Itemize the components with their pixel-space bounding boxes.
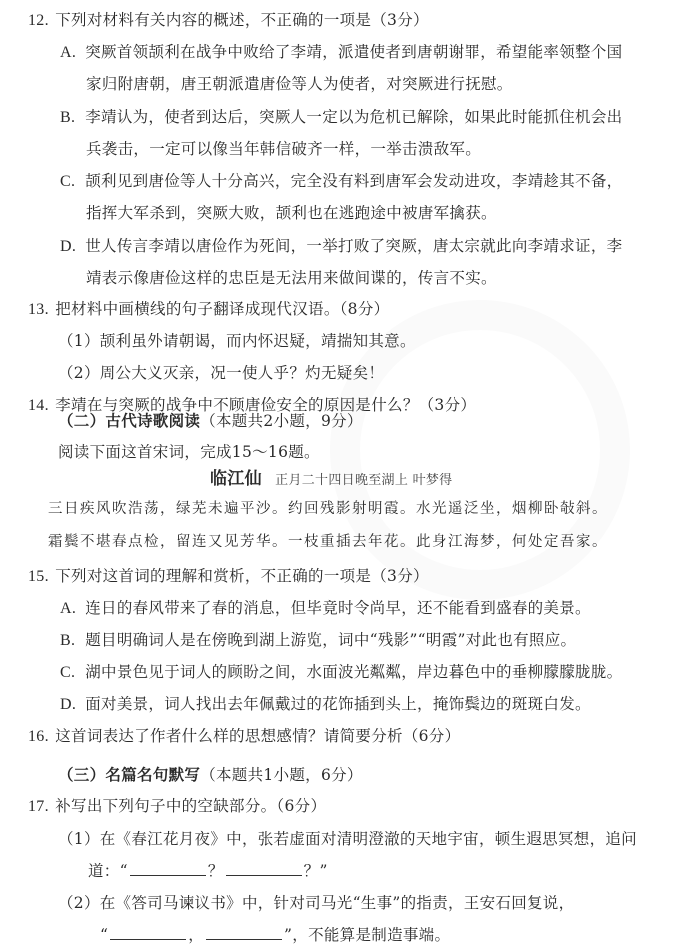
q12-option-c: C. 颉利见到唐俭等人十分高兴，完全没有料到唐军会发动进攻，李靖趁其不备， <box>60 171 622 192</box>
poem-subtitle: 正月二十四日晚至湖上 叶梦得 <box>275 473 452 488</box>
poem-line-2: 霜鬓不堪春点检，留连又见芳华。一枝重插去年花。此身江海梦，何处定吾家。 <box>48 532 608 552</box>
option-text: 突厥首领颉利在战争中败给了李靖，派遣使者到唐朝谢罪，希望能率领整个国 <box>85 43 622 61</box>
option-label: D. <box>60 695 80 715</box>
quote-close: ？” <box>304 862 328 880</box>
question-text: 补写出下列句子中的空缺部分。（6分） <box>55 797 326 815</box>
option-text: 连日的春风带来了春的消息，但毕竟时令尚早，还不能看到盛春的美景。 <box>85 599 591 617</box>
question-number: 12. <box>28 11 50 31</box>
q12-option-c-cont: 指挥大军杀到，突厥大败，颉利也在逃跑途中被唐军擒获。 <box>86 203 497 223</box>
quote-open: 道：“ <box>88 862 128 880</box>
option-label: D. <box>60 237 80 257</box>
q12-option-a: A. 突厥首领颉利在战争中败给了李靖，派遣使者到唐朝谢罪，希望能率领整个国 <box>60 42 622 63</box>
answer-blank[interactable] <box>226 861 302 876</box>
section-title: （三）名篇名句默写 <box>58 765 200 784</box>
separator: ？ <box>208 862 224 880</box>
option-label: A. <box>60 599 80 619</box>
section-note: （本题共2小题，9分） <box>200 412 363 430</box>
option-label: B. <box>60 108 80 128</box>
separator: ， <box>188 926 204 944</box>
question-12-stem: 12. 下列对材料有关内容的概述，不正确的一项是（3分） <box>28 10 429 31</box>
question-text: 下列对这首词的理解和赏析，不正确的一项是（3分） <box>55 567 429 585</box>
question-15-stem: 15. 下列对这首词的理解和赏析，不正确的一项是（3分） <box>28 566 429 587</box>
question-number: 16. <box>28 727 50 747</box>
option-text: 面对美景，词人找出去年佩戴过的花饰插到头上，掩饰鬓边的斑斑白发。 <box>85 695 591 713</box>
option-label: A. <box>60 43 80 63</box>
question-17-stem: 17. 补写出下列句子中的空缺部分。（6分） <box>28 796 326 817</box>
q13-item-2: （2）周公大义灭亲，况一使人乎？灼无疑矣！ <box>58 363 384 383</box>
answer-blank[interactable] <box>110 925 186 940</box>
option-label: C. <box>60 663 80 683</box>
question-number: 17. <box>28 797 50 817</box>
section-2-heading: （二）古代诗歌阅读（本题共2小题，9分） <box>58 411 363 431</box>
section-2-intro: 阅读下面这首宋词，完成15～16题。 <box>58 442 320 462</box>
q15-option-b: B. 题目明确词人是在傍晚到湖上游览，词中“残影”“明霞”对此也有照应。 <box>60 630 576 651</box>
q12-option-a-cont: 家归附唐朝，唐王朝派遣唐俭等人为使者，对突厥进行抚慰。 <box>86 74 513 94</box>
answer-blank[interactable] <box>130 861 206 876</box>
question-13-stem: 13. 把材料中画横线的句子翻译成现代汉语。（8分） <box>28 299 389 320</box>
poem-heading: 临江仙 正月二十四日晚至湖上 叶梦得 <box>210 469 452 491</box>
q15-option-d: D. 面对美景，词人找出去年佩戴过的花饰插到头上，掩饰鬓边的斑斑白发。 <box>60 694 591 715</box>
q17-item-1: （1）在《春江花月夜》中，张若虚面对清明澄澈的天地宇宙，顿生遐思冥想，追问 <box>58 829 637 849</box>
poem-line-1: 三日疾风吹浩荡，绿芜未遍平沙。约回残影射明霞。水光遥泛坐，烟柳卧敧斜。 <box>48 499 608 519</box>
section-title: （二）古代诗歌阅读 <box>58 411 200 430</box>
question-16-stem: 16. 这首词表达了作者什么样的思想感情？请简要分析（6分） <box>28 726 460 747</box>
question-text: 下列对材料有关内容的概述，不正确的一项是（3分） <box>55 11 429 29</box>
option-text: 世人传言李靖以唐俭作为死间，一举打败了突厥，唐太宗就此向李靖求证，李 <box>85 237 622 255</box>
option-text: 李靖认为，使者到达后，突厥人一定以为危机已解除，如果此时能抓住机会出 <box>85 108 622 126</box>
section-note: （本题共1小题，6分） <box>200 766 363 784</box>
question-text: 把材料中画横线的句子翻译成现代汉语。（8分） <box>55 300 389 318</box>
option-label: C. <box>60 172 80 192</box>
quote-open: “ <box>100 926 108 944</box>
q12-option-b: B. 李靖认为，使者到达后，突厥人一定以为危机已解除，如果此时能抓住机会出 <box>60 107 622 128</box>
sentence-tail: ”，不能算是制造事端。 <box>284 926 450 944</box>
q12-option-b-cont: 兵袭击，一定可以像当年韩信破齐一样，一举击溃敌军。 <box>86 139 481 159</box>
q13-item-1: （1）颉利虽外请朝谒，而内怀迟疑，靖揣知其意。 <box>58 331 416 351</box>
q12-option-d: D. 世人传言李靖以唐俭作为死间，一举打败了突厥，唐太宗就此向李靖求证，李 <box>60 236 622 257</box>
section-3-heading: （三）名篇名句默写（本题共1小题，6分） <box>58 765 363 785</box>
question-number: 15. <box>28 567 50 587</box>
q12-option-d-cont: 靖表示像唐俭这样的忠臣是无法用来做间谍的，传言不实。 <box>86 268 497 288</box>
q17-item-2: （2）在《答司马谏议书》中，针对司马光“生事”的指责，王安石回复说， <box>58 893 574 913</box>
exam-page: 12. 下列对材料有关内容的概述，不正确的一项是（3分） A. 突厥首领颉利在战… <box>0 0 692 950</box>
question-number: 13. <box>28 300 50 320</box>
option-label: B. <box>60 631 80 651</box>
q17-item-1-blanks: 道：“？？” <box>88 861 328 881</box>
q15-option-c: C. 湖中景色见于词人的顾盼之间，水面波光粼粼，岸边暮色中的垂柳朦朦胧胧。 <box>60 662 622 683</box>
q15-option-a: A. 连日的春风带来了春的消息，但毕竟时令尚早，还不能看到盛春的美景。 <box>60 598 591 619</box>
poem-title: 临江仙 <box>210 469 262 489</box>
option-text: 题目明确词人是在傍晚到湖上游览，词中“残影”“明霞”对此也有照应。 <box>85 631 576 649</box>
answer-blank[interactable] <box>206 925 282 940</box>
question-text: 这首词表达了作者什么样的思想感情？请简要分析（6分） <box>55 727 460 745</box>
option-text: 湖中景色见于词人的顾盼之间，水面波光粼粼，岸边暮色中的垂柳朦朦胧胧。 <box>85 663 622 681</box>
q17-item-2-blanks: “，”，不能算是制造事端。 <box>100 925 450 945</box>
option-text: 颉利见到唐俭等人十分高兴，完全没有料到唐军会发动进攻，李靖趁其不备， <box>85 172 622 190</box>
question-number: 14. <box>28 396 50 416</box>
